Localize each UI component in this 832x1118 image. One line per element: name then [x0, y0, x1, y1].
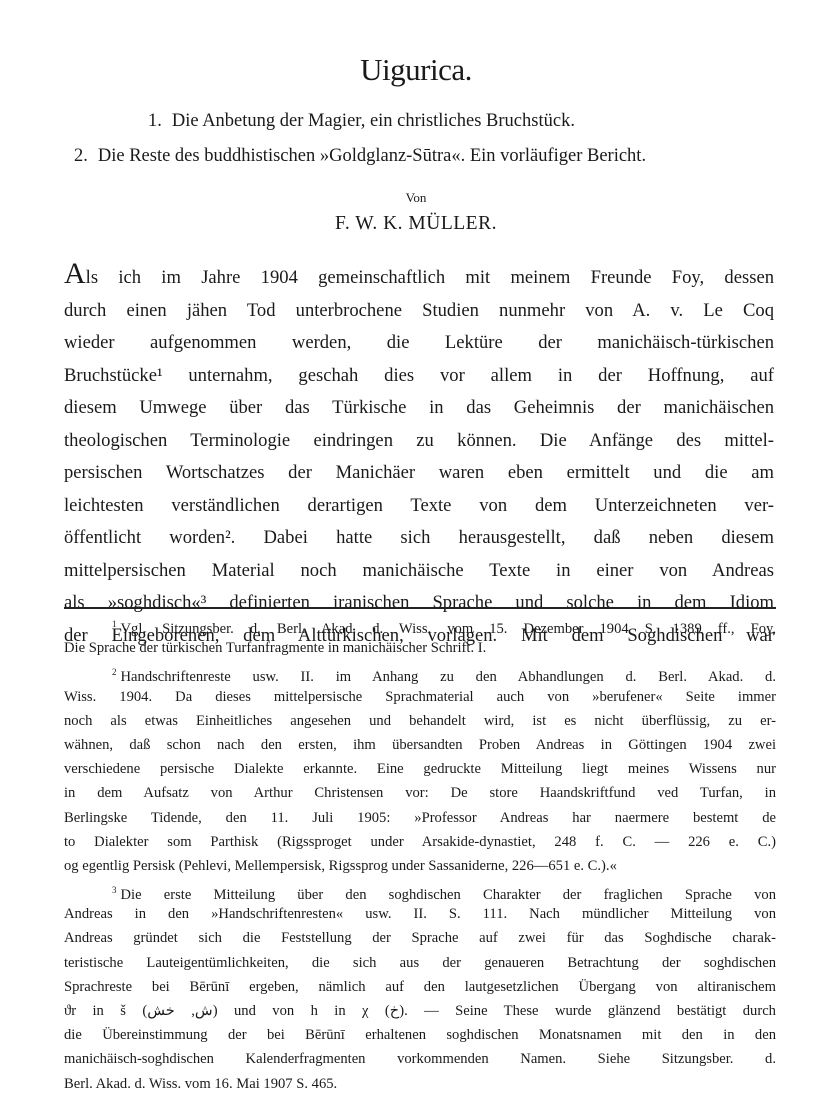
footnote-1-line: 1Vgl. Sitzungsber. d. Berl. Akad. d. Wis… [64, 612, 776, 636]
footnote-3-line: Andreas gründet sich die Feststellung de… [64, 926, 776, 950]
subtitle-number: 1. [148, 111, 162, 131]
subtitle-1: 1.Die Anbetung der Magier, ein christlic… [148, 111, 575, 132]
body-line: wieder aufgenommen werden, die Lektüre d… [64, 327, 774, 360]
footnote-2-line: noch als etwas Einheitliches angesehen u… [64, 709, 776, 733]
subtitle-number: 2. [74, 146, 88, 166]
byline-prefix: Von [0, 190, 832, 206]
subtitle-text: Die Anbetung der Magier, ein christliche… [172, 111, 575, 131]
footnote-3-line: 3Die erste Mitteilung über den soghdisch… [64, 878, 776, 902]
footnote-2-line: 2Handschriftenreste usw. II. im Anhang z… [64, 660, 776, 684]
document-page: Uigurica. 1.Die Anbetung der Magier, ein… [0, 0, 832, 1118]
footnote-3-line: manichäisch-soghdischen Kalenderfragment… [64, 1047, 776, 1071]
footnote-2-line: wähnen, daß schon nach den ersten, ihm ü… [64, 733, 776, 757]
footnote-3-line: Andreas in den »Handschriftenresten« usw… [64, 902, 776, 926]
body-line: durch einen jähen Tod unterbrochene Stud… [64, 295, 774, 328]
author-name: F. W. K. MÜLLER. [0, 213, 832, 235]
footnote-2-line: Wiss. 1904. Da dieses mittelpersische Sp… [64, 685, 776, 709]
footnote-3-line: Sprachreste bei Bērūnī ergeben, nämlich … [64, 975, 776, 999]
footnote-2-line: Berlingske Tidende, den 11. Juli 1905: »… [64, 806, 776, 830]
drop-cap: A [64, 257, 86, 290]
body-line: Bruchstücke¹ unternahm, geschah dies vor… [64, 360, 774, 393]
body-line: theologischen Terminologie eindringen zu… [64, 425, 774, 458]
page-title: Uigurica. [0, 52, 832, 88]
footnote-1-line: Die Sprache der türkischen Turfanfragmen… [64, 636, 776, 660]
body-line: Als ich im Jahre 1904 gemeinschaftlich m… [64, 262, 774, 295]
footnote-3-line: Berl. Akad. d. Wiss. vom 16. Mai 1907 S.… [64, 1072, 776, 1096]
subtitle-2: 2.Die Reste des buddhistischen »Goldglan… [74, 146, 646, 167]
footnote-marker: 3 [112, 885, 117, 895]
footnote-marker: 1 [112, 619, 117, 629]
footnote-2-line: verschiedene persische Dialekte erkannte… [64, 757, 776, 781]
footnote-3-line: ϑr in š (ش, خش) und von h in χ (خ). — Se… [64, 999, 776, 1023]
footnote-2-line: og egentlig Persisk (Pehlevi, Mellempers… [64, 854, 776, 878]
footnote-3-line: die Übereinstimmung der bei Bērūnī erhal… [64, 1023, 776, 1047]
body-line: leichtesten verständlichen derartigen Te… [64, 490, 774, 523]
footnote-2-line: in dem Aufsatz von Arthur Christensen vo… [64, 781, 776, 805]
subtitle-text: Die Reste des buddhistischen »Goldglanz-… [98, 146, 646, 166]
footnote-3-line: teristische Lauteigentümlichkeiten, die … [64, 951, 776, 975]
body-line: persischen Wortschatzes der Manichäer wa… [64, 457, 774, 490]
body-line: diesem Umwege über das Türkische in das … [64, 392, 774, 425]
body-line: öffentlicht worden². Dabei hatte sich he… [64, 522, 774, 555]
body-paragraph: Als ich im Jahre 1904 gemeinschaftlich m… [64, 262, 774, 652]
footnote-marker: 2 [112, 667, 117, 677]
footnote-2-line: to Dialekter som Parthisk (Rigssproget u… [64, 830, 776, 854]
footnote-divider [64, 607, 776, 609]
body-line: mittelpersischen Material noch manichäis… [64, 555, 774, 588]
footnotes: 1Vgl. Sitzungsber. d. Berl. Akad. d. Wis… [64, 612, 776, 1096]
